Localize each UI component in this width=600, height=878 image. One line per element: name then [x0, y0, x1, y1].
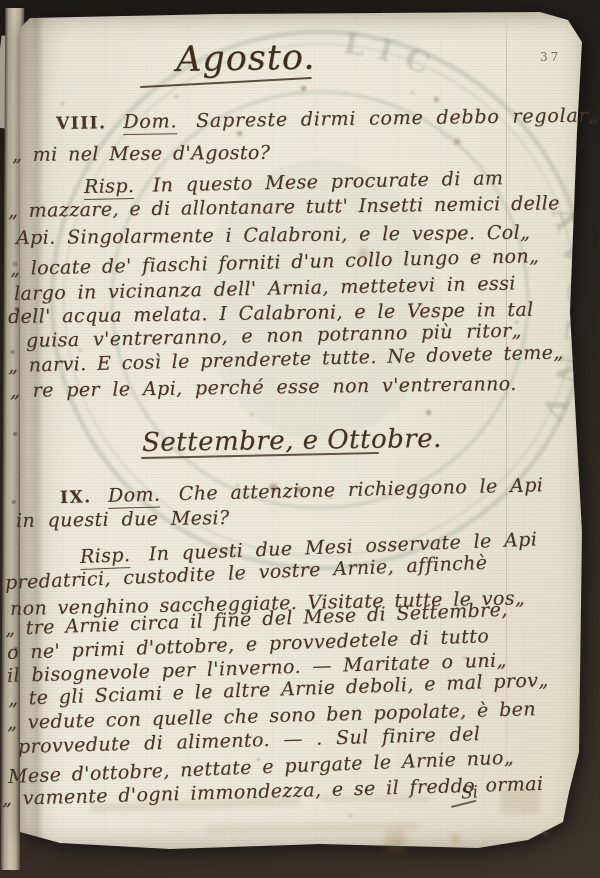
manuscript-page: LIC AVGENV: [20, 12, 587, 852]
bleedthrough-smudge: [320, 795, 430, 802]
photographed-book-background: LIC AVGENV 37 Agosto. VIII. Dom. Saprest…: [0, 0, 600, 878]
page-edge-shading: [20, 12, 587, 852]
bleedthrough-smudge: [500, 788, 540, 814]
foxing-spots: [0, 0, 1, 1]
previous-page-text-specks: [14, 263, 16, 265]
manuscript-page-wrap: LIC AVGENV: [20, 12, 587, 852]
